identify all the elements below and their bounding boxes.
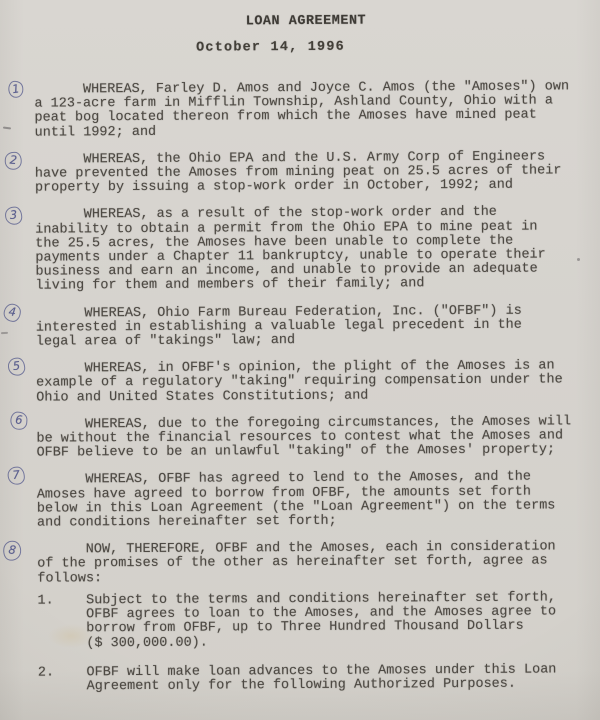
circled-number-6-annotation: 6: [10, 411, 28, 430]
paragraph-text: WHEREAS, Ohio Farm Bureau Federation, In…: [36, 304, 580, 350]
paragraph-text: NOW, THEREFORE, OFBF and the Amoses, eac…: [37, 541, 581, 587]
whereas-clause-2: 2 WHEREAS, the Ohio EPA and the U.S. Arm…: [35, 150, 579, 196]
paragraph-text: WHEREAS, due to the foregoing circumstan…: [36, 415, 580, 461]
item-text: 2. OFBF will make loan advances to the A…: [38, 663, 582, 695]
numbered-item-1: 1. Subject to the terms and conditions h…: [37, 591, 581, 651]
circled-number-2-annotation: 2: [4, 151, 22, 170]
circled-number-3-annotation: 3: [4, 207, 22, 226]
whereas-clause-6: 6 WHEREAS, due to the foregoing circumst…: [36, 415, 580, 461]
scanned-document-page: LOAN AGREEMENT October 14, 1996 1 WHEREA…: [0, 0, 600, 720]
paragraph-text: WHEREAS, Farley D. Amos and Joyce C. Amo…: [34, 80, 578, 140]
whereas-clause-1: 1 WHEREAS, Farley D. Amos and Joyce C. A…: [34, 80, 578, 140]
paragraph-text: WHEREAS, as a result of the stop-work or…: [35, 206, 580, 295]
item-text: 1. Subject to the terms and conditions h…: [37, 591, 581, 651]
circled-number-5-annotation: 5: [7, 357, 26, 377]
circled-number-1-annotation: 1: [7, 80, 24, 99]
paragraph-text: WHEREAS, in OFBF's opinion, the plight o…: [36, 360, 580, 406]
paragraph-text: WHEREAS, OFBF has agreed to lend to the …: [37, 471, 581, 531]
whereas-clause-4: 4 WHEREAS, Ohio Farm Bureau Federation, …: [36, 304, 580, 350]
circled-number-7-annotation: 7: [7, 466, 26, 486]
whereas-clause-5: 5 WHEREAS, in OFBF's opinion, the plight…: [36, 360, 580, 406]
document-title: LOAN AGREEMENT: [34, 12, 578, 31]
numbered-item-2: 2. OFBF will make loan advances to the A…: [38, 663, 582, 695]
circled-number-4-annotation: 4: [3, 302, 22, 322]
document-date: October 14, 1996: [196, 38, 578, 56]
document-content: LOAN AGREEMENT October 14, 1996 1 WHEREA…: [0, 0, 600, 720]
now-therefore-clause: 8 NOW, THEREFORE, OFBF and the Amoses, e…: [37, 541, 581, 587]
whereas-clause-7: 7 WHEREAS, OFBF has agreed to lend to th…: [37, 471, 581, 531]
whereas-clause-3: 3 WHEREAS, as a result of the stop-work …: [35, 206, 580, 295]
circled-number-8-annotation: 8: [2, 540, 23, 562]
paragraph-text: WHEREAS, the Ohio EPA and the U.S. Army …: [35, 150, 579, 196]
